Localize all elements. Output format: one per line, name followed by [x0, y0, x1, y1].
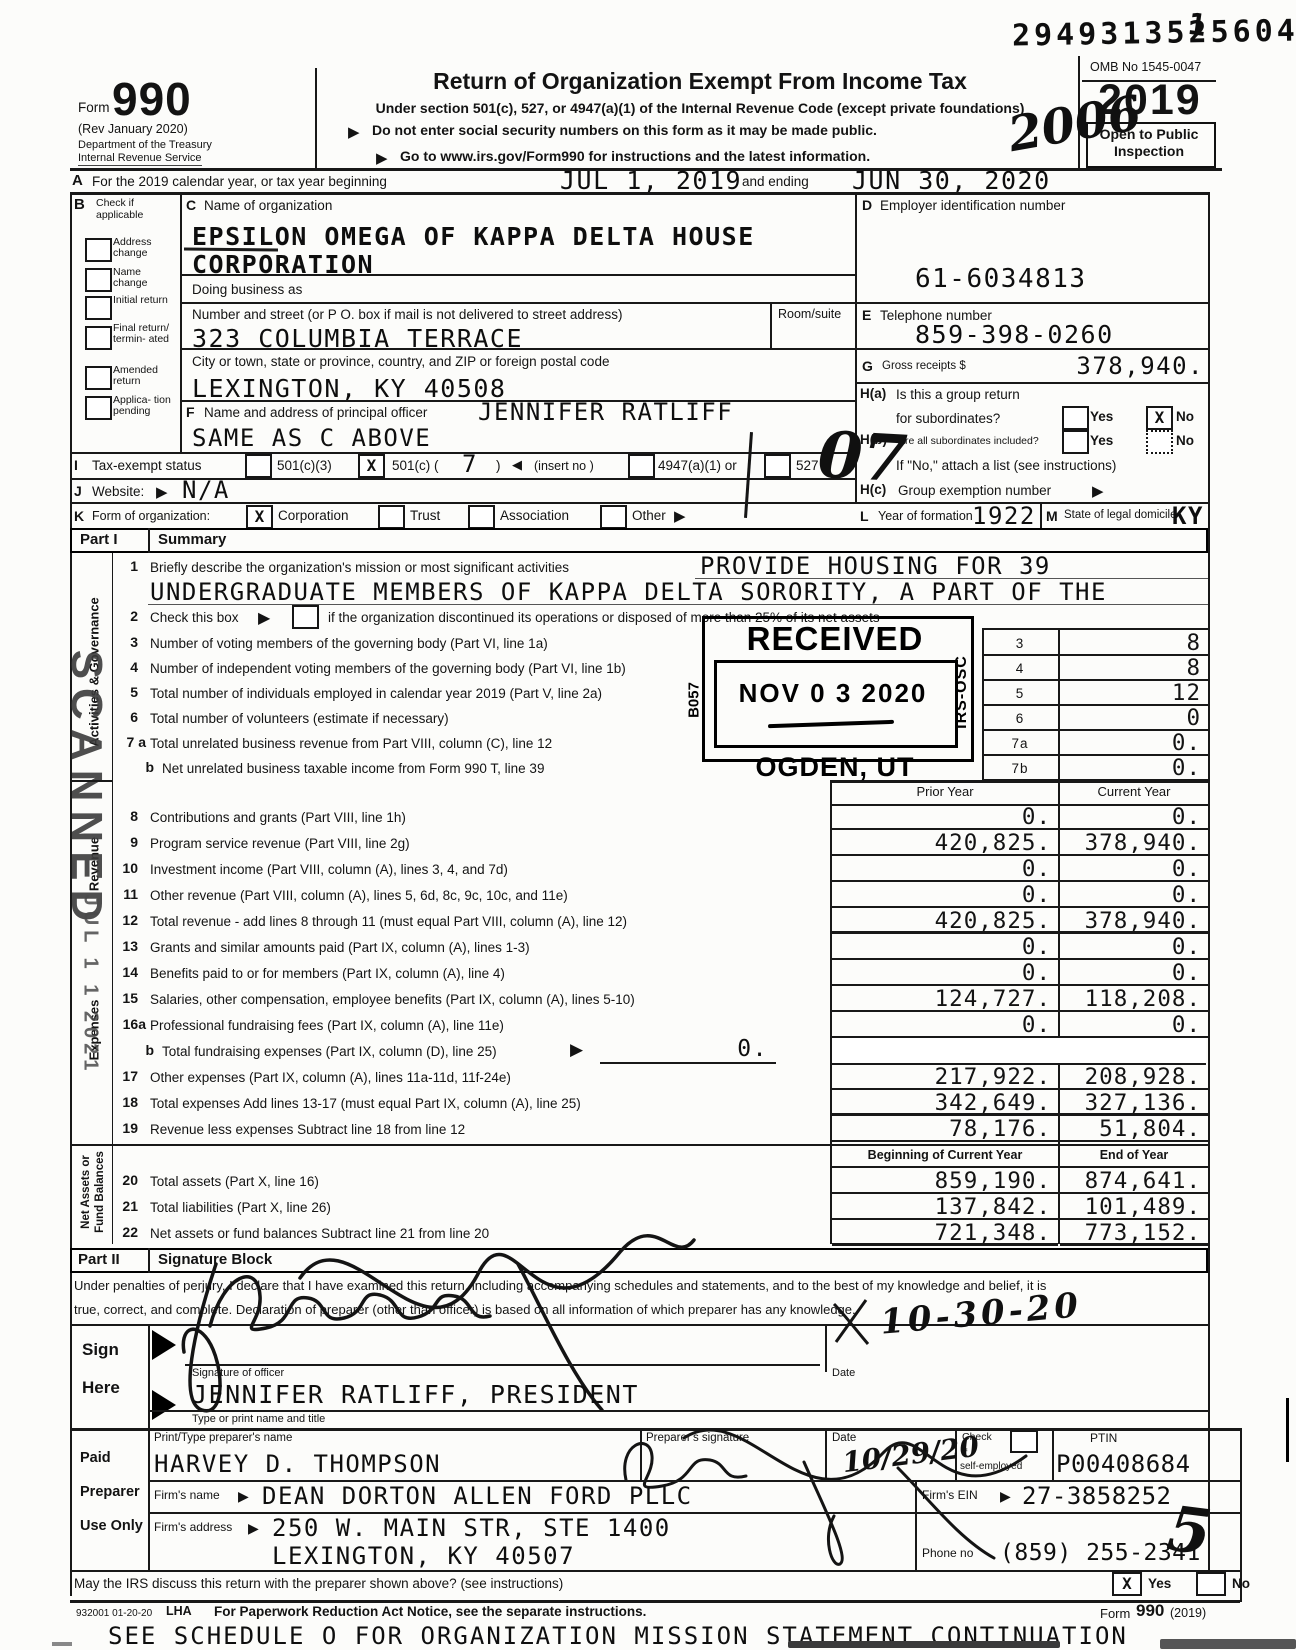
arrow-icon: ▶ — [248, 1520, 259, 1537]
rule — [855, 382, 1208, 384]
phone-value: 859-398-0260 — [915, 320, 1114, 349]
status-527-label: 527 — [796, 458, 819, 473]
f-letter: F — [186, 404, 195, 420]
officer-typed-name: JENNIFER RATLIFF, PRESIDENT — [192, 1380, 639, 1409]
association-checkbox[interactable] — [468, 505, 495, 529]
address-change-checkbox[interactable] — [85, 238, 112, 262]
part1-title: Summary — [158, 531, 226, 548]
line-value: 0. — [1058, 732, 1208, 756]
arrow-icon: ▶ — [1092, 482, 1104, 500]
officer-date-label: Date — [832, 1368, 855, 1380]
rule — [185, 1364, 820, 1366]
line-label: Number of voting members of the governin… — [150, 636, 548, 651]
arrow-icon: ▶ — [1000, 1488, 1011, 1505]
current-year-value: 0. — [1060, 936, 1208, 960]
may-discuss-yes-label: Yes — [1148, 1576, 1171, 1591]
beginning-year-value: 721,348. — [832, 1222, 1058, 1246]
c-letter: C — [186, 197, 196, 213]
scanned-watermark-date: JUL 1 1 2021 — [79, 895, 102, 1076]
trust-checkbox[interactable] — [378, 505, 405, 529]
final-return-checkbox[interactable] — [85, 326, 112, 350]
line-label: Benefits paid to or for members (Part IX… — [150, 966, 505, 981]
l-letter: L — [860, 508, 869, 524]
line-number: 3 — [108, 634, 138, 650]
rule — [148, 528, 150, 553]
current-year-value: 378,940. — [1060, 910, 1208, 934]
tax-year-begin-date: JUL 1, 2019 — [560, 166, 742, 195]
line-number: 15 — [108, 990, 138, 1006]
use-only-label: Use Only — [80, 1518, 143, 1534]
d-letter: D — [862, 197, 872, 213]
line-box-number: 3 — [982, 632, 1058, 656]
line-label: Total fundraising expenses (Part IX, col… — [162, 1044, 497, 1059]
org-name-line1: EPSILON OMEGA OF KAPPA DELTA HOUSE — [192, 222, 755, 251]
irs-label: Internal Revenue Service — [78, 153, 202, 166]
handwritten-note: 07 — [816, 418, 909, 498]
rule — [1040, 502, 1042, 528]
line-number: 14 — [108, 964, 138, 980]
line-label: Total unrelated business revenue from Pa… — [150, 736, 552, 751]
line-a-and-ending: and ending — [742, 174, 809, 189]
rule — [70, 1570, 1240, 1572]
mission-line-1: PROVIDE HOUSING FOR 39 — [700, 552, 1051, 580]
year-of-formation: 1922 — [972, 502, 1036, 530]
beginning-year-value: 137,842. — [832, 1196, 1058, 1220]
checkbox-x-mark: X — [1122, 1574, 1132, 1593]
paid-label: Paid — [80, 1450, 111, 1466]
line-a-letter: A — [72, 172, 83, 189]
i-label: Tax-exempt status — [92, 458, 202, 473]
may-discuss-no-label: No — [1232, 1576, 1250, 1591]
city-label: City or town, state or province, country… — [192, 354, 609, 369]
rule — [70, 502, 1210, 504]
prior-year-value: 0. — [832, 858, 1058, 882]
status-501c-number: 7 — [462, 450, 478, 478]
dba-label: Doing business as — [192, 282, 302, 297]
prior-year-value: 0. — [832, 806, 1058, 830]
form-number: 990 — [112, 72, 192, 126]
pen-stroke — [744, 432, 753, 518]
form-word: Form — [78, 100, 110, 115]
status-501c3-label: 501(c)(3) — [277, 458, 332, 473]
end-of-year-header: End of Year — [1060, 1148, 1208, 1162]
firm-name-value: DEAN DORTON ALLEN FORD PLLC — [262, 1482, 693, 1510]
end-year-value: 101,489. — [1060, 1196, 1208, 1220]
trust-label: Trust — [410, 508, 440, 523]
signature-of-officer-label: Signature of officer — [192, 1368, 284, 1380]
line-value: 12 — [1058, 682, 1208, 706]
preparer-name-value: HARVEY D. THOMPSON — [154, 1450, 441, 1478]
ha-no-label: No — [1176, 409, 1194, 424]
current-year-value: 0. — [1060, 1014, 1208, 1038]
line-label: Total revenue - add lines 8 through 11 (… — [150, 914, 627, 929]
mission-line-2: UNDERGRADUATE MEMBERS OF KAPPA DELTA SOR… — [150, 578, 1107, 606]
line-number: 7 a — [108, 734, 146, 750]
application-pending-checkbox[interactable] — [85, 396, 112, 420]
line-number: 18 — [108, 1094, 138, 1110]
ha-yes-checkbox[interactable] — [1062, 406, 1089, 430]
block-b-checkif: Check if — [96, 198, 134, 209]
may-discuss-text: May the IRS discuss this return with the… — [74, 1576, 563, 1591]
rule — [180, 192, 182, 452]
room-suite-label: Room/suite — [778, 307, 841, 321]
footer-form-year: (2019) — [1170, 1606, 1206, 1620]
line-label: Grants and similar amounts paid (Part IX… — [150, 940, 530, 955]
side-label-net-assets-2: Fund Balances — [94, 1151, 106, 1233]
status-4947-label: 4947(a)(1) or — [658, 458, 737, 473]
handwritten-x-mark — [828, 1296, 872, 1348]
line-number: 10 — [108, 860, 138, 876]
line-number: 6 — [108, 709, 138, 725]
scan-smudge — [788, 1641, 1060, 1648]
prior-year-header: Prior Year — [832, 784, 1058, 799]
j-label: Website: — [92, 484, 144, 499]
line-box-number: 6 — [982, 707, 1058, 731]
line-number: 13 — [108, 938, 138, 954]
corporation-checkbox[interactable]: X — [246, 505, 273, 529]
hb-label: Are all subordinates included? — [898, 436, 1039, 447]
stamp-code-left: B057 — [686, 682, 703, 718]
received-stamp-text: RECEIVED — [702, 620, 968, 658]
prior-year-value: 420,825. — [832, 910, 1058, 934]
city-value: LEXINGTON, KY 40508 — [192, 374, 506, 403]
l-label: Year of formation — [878, 509, 973, 523]
line-number: 4 — [108, 659, 138, 675]
line-label: Other expenses (Part IX, column (A), lin… — [150, 1070, 511, 1085]
i-letter: I — [74, 457, 78, 473]
line-box-number: 5 — [982, 682, 1058, 706]
rule — [180, 274, 855, 276]
arrow-icon: ▶ — [156, 483, 168, 501]
checkbox-x-mark: X — [367, 456, 377, 475]
prior-year-value: 0. — [832, 936, 1058, 960]
firm-address-line2: LEXINGTON, KY 40507 — [272, 1542, 575, 1570]
footer-form-word: Form — [1100, 1606, 1130, 1621]
k-letter: K — [74, 508, 84, 524]
initial-return-checkbox[interactable] — [85, 296, 112, 320]
d-label: Employer identification number — [880, 198, 1065, 213]
line-number: 16a — [108, 1016, 146, 1032]
current-year-value: 0. — [1060, 962, 1208, 986]
header-bullet-2: Go to www.irs.gov/Form990 for instructio… — [400, 148, 870, 164]
firm-ein-value: 27-3858252 — [1022, 1482, 1172, 1510]
side-label-net-assets-1: Net Assets or — [80, 1155, 92, 1229]
page-title: Return of Organization Exempt From Incom… — [330, 68, 1070, 95]
line-value: 8 — [1058, 657, 1208, 681]
hb-yes-checkbox[interactable] — [1062, 430, 1089, 454]
ein-value: 61-6034813 — [915, 264, 1087, 294]
m-label: State of legal domicile — [1064, 509, 1177, 521]
rule — [70, 1600, 1240, 1603]
line-label: Program service revenue (Part VIII, line… — [150, 836, 410, 851]
ptin-value: P00408684 — [1056, 1450, 1191, 1478]
omb-number: OMB No 1545-0047 — [1090, 60, 1201, 74]
lha-label: LHA — [166, 1604, 192, 1618]
status-501c3-checkbox[interactable] — [245, 454, 272, 478]
j-letter: J — [74, 483, 82, 499]
current-year-value: 378,940. — [1060, 832, 1208, 856]
insert-no-label: (insert no ) — [534, 459, 594, 473]
gross-receipts-value: 378,940. — [960, 352, 1204, 380]
firm-ein-label: Firm's EIN — [922, 1488, 978, 1502]
dept-treasury: Department of the Treasury — [78, 140, 212, 152]
rule — [1208, 192, 1210, 1596]
line-number: 22 — [108, 1224, 138, 1240]
line-label: Net unrelated business taxable income fr… — [162, 761, 544, 776]
line-number: 9 — [108, 834, 138, 850]
arrow-icon: ▶ — [238, 1488, 249, 1505]
line-label: Contributions and grants (Part VIII, lin… — [150, 810, 406, 825]
checkbox-x-mark: X — [1155, 408, 1165, 427]
form-990-page: 2949313525604 1 Form 990 (Rev January 20… — [0, 0, 1296, 1650]
current-year-value: 208,928. — [1060, 1066, 1208, 1090]
firm-name-label: Firm's name — [154, 1488, 220, 1502]
current-year-value: 327,136. — [1060, 1092, 1208, 1116]
association-label: Association — [500, 508, 569, 523]
arrow-icon: ▶ — [258, 608, 270, 628]
blank-cell — [832, 1038, 1206, 1065]
officer-address: SAME AS C ABOVE — [192, 424, 431, 452]
discontinued-checkbox[interactable] — [292, 605, 319, 629]
line-label: Number of independent voting members of … — [150, 661, 626, 676]
street-label: Number and street (or P O. box if mail i… — [192, 307, 622, 322]
scan-smudge — [52, 1642, 72, 1646]
line-label: Other revenue (Part VIII, column (A), li… — [150, 888, 568, 903]
block-b-applicable: applicable — [96, 210, 143, 221]
scanned-watermark: SCANNED — [61, 650, 111, 931]
line-box-number: 4 — [982, 657, 1058, 681]
line-label: Total number of volunteers (estimate if … — [150, 711, 449, 726]
line-label: Total number of individuals employed in … — [150, 686, 602, 701]
hb-note: If "No," attach a list (see instructions… — [896, 458, 1116, 473]
rule — [915, 1480, 917, 1570]
line-label: Investment income (Part VIII, column (A)… — [150, 862, 508, 877]
rule — [148, 1428, 150, 1570]
principal-officer: JENNIFER RATLIFF — [478, 398, 733, 426]
g-letter: G — [862, 358, 873, 374]
corporation-label: Corporation — [278, 508, 349, 523]
line-value: 8 — [1058, 632, 1208, 656]
line-number: 21 — [108, 1198, 138, 1214]
checkbox-label: Initial return — [113, 295, 171, 306]
part1-label: Part I — [80, 531, 118, 548]
prior-year-value: 217,922. — [832, 1066, 1058, 1090]
prior-year-value: 0. — [832, 884, 1058, 908]
checkbox-label: Amended return — [113, 365, 171, 388]
line-label: Salaries, other compensation, employee b… — [150, 992, 635, 1007]
line-label: Check this box — [150, 610, 239, 625]
current-year-value: 51,804. — [1060, 1118, 1208, 1142]
line-number: b — [124, 1042, 154, 1058]
arrow-icon: ▶ — [348, 123, 360, 141]
footer-form-number: 990 — [1136, 1601, 1164, 1621]
type-print-label: Type or print name and title — [192, 1414, 325, 1426]
received-stamp-date: NOV 0 3 2020 — [714, 678, 952, 709]
line-value: 0 — [1058, 707, 1208, 731]
checkbox-x-mark: X — [255, 507, 265, 526]
block-b-letter: B — [74, 196, 85, 213]
m-letter: M — [1046, 508, 1058, 524]
preparer-label: Preparer — [80, 1484, 140, 1500]
phone-label: Phone no — [922, 1546, 973, 1560]
footer-code: 932001 01-20-20 — [76, 1608, 152, 1619]
amended-return-checkbox[interactable] — [85, 366, 112, 390]
ha-label2: for subordinates? — [896, 411, 1000, 426]
rule — [70, 192, 1210, 195]
prior-year-value: 342,649. — [832, 1092, 1058, 1116]
rule — [70, 1144, 1208, 1146]
received-stamp-city: OGDEN, UT — [702, 752, 968, 783]
beginning-year-value: 859,190. — [832, 1170, 1058, 1194]
stamp-code-right: IRS-OSC — [953, 655, 971, 729]
line-number: 17 — [108, 1068, 138, 1084]
firm-address-label: Firm's address — [154, 1520, 232, 1534]
ptin-label: PTIN — [1090, 1432, 1117, 1445]
current-year-value: 0. — [1060, 858, 1208, 882]
arrow-icon: ▶ — [376, 149, 388, 167]
line-number: b — [124, 759, 154, 775]
may-discuss-no-checkbox[interactable] — [1196, 1572, 1226, 1596]
ha-letter: H(a) — [860, 386, 886, 401]
header-bullet-1: Do not enter social security numbers on … — [372, 122, 877, 138]
checkbox-label: Address change — [113, 237, 171, 260]
officer-date-handwritten: 10-30-20 — [879, 1285, 1084, 1342]
rule — [825, 1324, 827, 1372]
handwritten-page-number: 5 — [1164, 1492, 1216, 1570]
line-box-number: 7b — [982, 757, 1058, 781]
prior-year-value: 78,176. — [832, 1118, 1058, 1142]
part2-label: Part II — [78, 1251, 120, 1268]
rule — [770, 302, 772, 348]
line-number: 20 — [108, 1172, 138, 1188]
rule — [180, 302, 1208, 304]
sign-label: Sign — [82, 1340, 119, 1360]
website-value: N/A — [182, 476, 230, 504]
current-year-value: 118,208. — [1060, 988, 1208, 1012]
checkbox-label: Name change — [113, 267, 171, 290]
line-value: 0. — [1058, 757, 1208, 781]
tax-year-end-date: JUN 30, 2020 — [852, 166, 1051, 195]
rule — [315, 68, 317, 168]
firm-address-line1: 250 W. MAIN STR, STE 1400 — [272, 1514, 671, 1542]
end-year-value: 773,152. — [1060, 1222, 1208, 1246]
line-number: 2 — [108, 608, 138, 624]
prior-year-value: 0. — [832, 962, 1058, 986]
arrow-icon: ▶ — [674, 507, 686, 525]
hc-label: Group exemption number — [898, 483, 1051, 498]
form-revision: (Rev January 2020) — [78, 122, 188, 136]
arrow-icon: ▶ — [570, 1040, 583, 1060]
status-4947-checkbox[interactable] — [628, 454, 655, 478]
hb-yes-label: Yes — [1090, 433, 1113, 448]
current-year-value: 0. — [1060, 884, 1208, 908]
c-label: Name of organization — [204, 198, 332, 213]
line-label: Professional fundraising fees (Part IX, … — [150, 1018, 504, 1033]
other-label: Other — [632, 508, 666, 523]
line-number: 8 — [108, 808, 138, 824]
arrow-left-icon: ◀ — [512, 457, 522, 473]
part1-bar — [70, 528, 1208, 553]
status-527-checkbox[interactable] — [764, 454, 791, 478]
line-label: Total assets (Part X, line 16) — [150, 1174, 319, 1189]
rule — [600, 1062, 776, 1064]
line-label: Briefly describe the organization's miss… — [150, 560, 569, 575]
hb-no-label: No — [1176, 433, 1194, 448]
line-label: Total expenses Add lines 13-17 (must equ… — [150, 1096, 581, 1111]
end-year-value: 874,641. — [1060, 1170, 1208, 1194]
line-number: 5 — [108, 684, 138, 700]
rule — [982, 628, 1208, 630]
f-label: Name and address of principal officer — [204, 405, 427, 420]
line-number: 1 — [108, 558, 138, 574]
ha-label: Is this a group return — [896, 387, 1020, 402]
line-number: 19 — [108, 1120, 138, 1136]
current-year-value: 0. — [1060, 806, 1208, 830]
hb-no-checkbox[interactable] — [1146, 430, 1173, 454]
here-label: Here — [82, 1378, 120, 1398]
line-box-number: 7a — [982, 732, 1058, 756]
may-discuss-yes-checkbox[interactable]: X — [1112, 1572, 1142, 1596]
prior-year-value: 420,825. — [832, 832, 1058, 856]
ha-no-checkbox[interactable]: X — [1146, 406, 1173, 430]
rule — [70, 780, 112, 782]
status-501c-checkbox[interactable]: X — [358, 454, 385, 478]
status-501c-label: 501(c) ( — [392, 458, 439, 473]
state-of-domicile: KY — [1172, 502, 1204, 530]
line-label: Revenue less expenses Subtract line 18 f… — [150, 1122, 465, 1137]
k-label: Form of organization: — [92, 509, 210, 523]
line-number: 11 — [108, 886, 138, 902]
checkbox-label: Final return/ termin- ated — [113, 323, 171, 346]
ha-yes-label: Yes — [1090, 409, 1113, 424]
other-checkbox[interactable] — [600, 505, 627, 529]
scan-smudge — [1160, 1639, 1296, 1649]
g-label: Gross receipts $ — [882, 360, 966, 372]
line-number: 12 — [108, 912, 138, 928]
fundraising-expenses-value: 0. — [650, 1036, 768, 1062]
beginning-of-year-header: Beginning of Current Year — [832, 1148, 1058, 1162]
page-subtitle: Under section 501(c), 527, or 4947(a)(1)… — [325, 100, 1075, 116]
prior-year-value: 124,727. — [832, 988, 1058, 1012]
line-a-text: For the 2019 calendar year, or tax year … — [92, 174, 387, 189]
status-501c-close: ) — [496, 458, 501, 473]
current-year-header: Current Year — [1060, 784, 1208, 799]
prior-year-value: 0. — [832, 1014, 1058, 1038]
scan-doc-number: 2949313525604 — [1012, 13, 1296, 53]
name-change-checkbox[interactable] — [85, 268, 112, 292]
e-letter: E — [862, 307, 871, 323]
paperwork-notice: For Paperwork Reduction Act Notice, see … — [214, 1604, 646, 1619]
scan-artifact — [1286, 1398, 1289, 1462]
checkbox-label: Applica- tion pending — [113, 395, 171, 418]
preparer-name-label: Print/Type preparer's name — [154, 1432, 292, 1444]
